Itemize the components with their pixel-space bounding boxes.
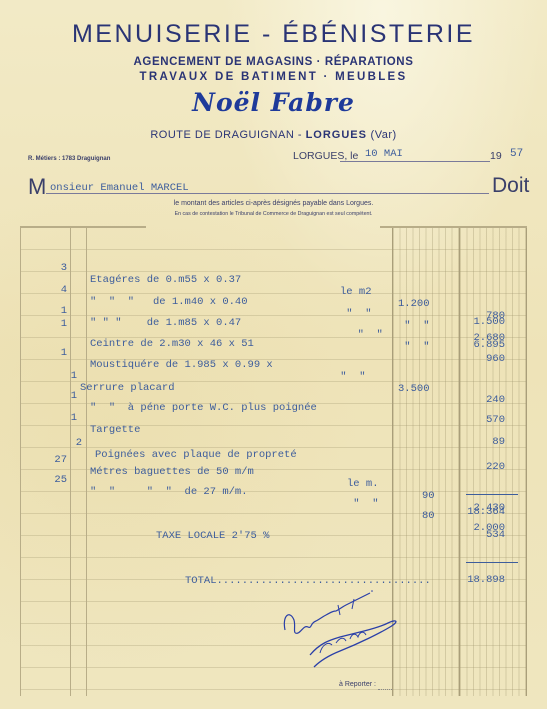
line-item: 1 Targette 89	[0, 400, 547, 418]
table-top-right-border	[380, 226, 527, 228]
item-unit: " "	[347, 498, 379, 510]
item-total: 6.895	[473, 339, 505, 351]
line-item: 1 Ceintre de 2.m30 x 46 x 51 1.500	[0, 314, 547, 332]
line-item: 27 Métres baguettes de 50 m/m le m. 90 2…	[0, 442, 547, 460]
svg-text:Payé comptant.: Payé comptant.	[280, 585, 288, 586]
total-value: 18.898	[467, 574, 505, 586]
company-address: ROUTE DE DRAGUIGNAN - LORGUES (Var)	[0, 129, 547, 141]
item-total: 1.500	[473, 316, 505, 328]
trade-registration: R. Métiers : 1783 Draguignan	[28, 156, 110, 162]
subtotal-rule	[466, 494, 518, 495]
address-road: ROUTE DE DRAGUIGNAN -	[150, 129, 305, 141]
line-item: 1 " " " de 1.m85 x 0.47 " " " " 960	[0, 293, 547, 311]
address-town: LORGUES	[306, 129, 367, 141]
year-prefix: 19	[490, 150, 502, 162]
recipient-m-letter: M	[28, 174, 46, 200]
table-top-left-border	[20, 226, 146, 228]
total-rule	[466, 562, 518, 563]
carry-forward-line	[378, 689, 392, 690]
doit-label: Doit	[492, 174, 529, 198]
carry-forward-label: à Reporter :	[339, 681, 376, 688]
paid-signature: Payé comptant.	[280, 585, 410, 675]
tax-label: TAXE LOCALE 2'75 %	[156, 530, 269, 542]
year-suffix: 57	[510, 148, 523, 160]
company-name: Noël Fabre	[0, 88, 547, 117]
jurisdiction-note: En cas de contestation le Tribunal de Co…	[0, 211, 547, 217]
letterhead-title: MENUISERIE - ÉBÉNISTERIE	[0, 20, 547, 49]
line-item: 4 " " " de 1.m40 x 0.40 " " " " 2.680	[0, 272, 547, 290]
item-description: " " " " de 27 m/m.	[90, 486, 248, 498]
item-qty: 25	[54, 474, 67, 486]
line-item: 1 " " à péne porte W.C. plus poignée 570	[0, 378, 547, 396]
payment-note: le montant des articles ci-après désigné…	[0, 200, 547, 207]
item-qty: 1	[61, 318, 67, 330]
letterhead-subtitle-2: TRAVAUX DE BATIMENT · MEUBLES	[0, 71, 547, 83]
date-underline	[340, 161, 490, 162]
address-dept: (Var)	[367, 129, 397, 141]
date-value: 10 MAI	[365, 148, 403, 160]
item-unit-price: 90	[422, 490, 435, 502]
line-item: 1 Moustiquére de 1.985 x 0.99 x " " 3.50…	[0, 335, 547, 353]
line-item: 3 Etagéres de 0.m55 x 0.37 le m2 1.200 7…	[0, 250, 547, 268]
subtotal-value: 18.364	[467, 506, 505, 518]
item-unit-price: 80	[422, 510, 435, 522]
line-item: 25 " " " " de 27 m/m. " " 80 2.000	[0, 462, 547, 480]
tax-value: 534	[486, 529, 505, 541]
line-item: 1 Serrure placard 240	[0, 358, 547, 376]
letterhead-subtitle-1: AGENCEMENT DE MAGASINS · RÉPARATIONS	[0, 56, 547, 68]
line-item: 2 Poignées avec plaque de propreté 220	[0, 425, 547, 443]
recipient-name: onsieur Emanuel MARCEL	[50, 182, 189, 194]
item-qty: 1	[71, 412, 77, 424]
